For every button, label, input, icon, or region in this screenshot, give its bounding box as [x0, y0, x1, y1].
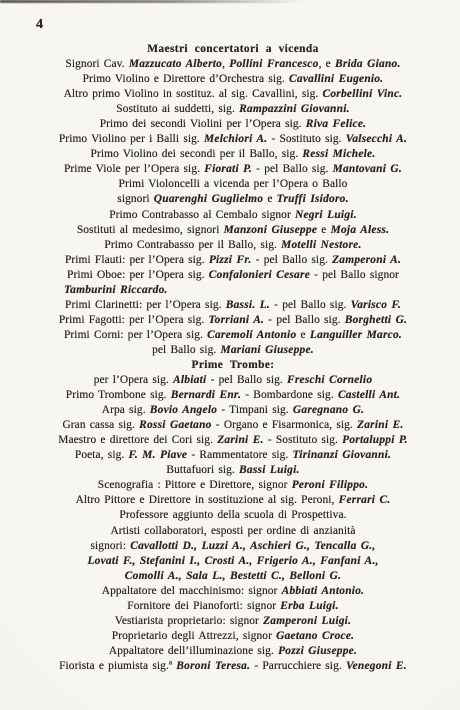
role-text: Prime Viole per l’Opera sig.: [64, 163, 204, 175]
role-text: Primo dei secondi Violini per l’Opera si…: [100, 118, 306, 130]
role-text: Primo Violino per i Balli sig.: [59, 133, 204, 145]
person-name: Zamperoni Luigi.: [263, 615, 351, 627]
person-name: Brida Giano.: [335, 58, 401, 70]
person-name: Rossi Gaetano: [139, 419, 212, 431]
person-name: Motelli Nestore.: [281, 239, 362, 251]
text-line: Primo Contrabasso per il Ballo, sig. Mot…: [24, 238, 442, 253]
role-text: Altro Pittore e Direttore in sostituzion…: [76, 494, 339, 506]
role-text: - pel Ballo sig.: [264, 314, 345, 326]
text-line: pel Ballo sig. Mariani Giuseppe.: [24, 343, 442, 358]
person-name: Zarini E.: [357, 419, 404, 431]
person-name: Comolli A., Sala L., Bestetti C., Bellon…: [125, 570, 341, 582]
person-name: Pizzi Fr.: [209, 254, 252, 266]
role-text: - pel Ballo sig.: [252, 254, 333, 266]
role-text: Primo Violino dei secondi per il Ballo, …: [91, 148, 303, 160]
text-line: Vestiarista proprietario: signor Zampero…: [24, 614, 442, 629]
role-text: Scenografia : Pittore e Direttore, signo…: [98, 479, 292, 491]
person-name: Ressi Michele.: [302, 148, 375, 160]
text-line: Scenografia : Pittore e Direttore, signo…: [24, 478, 442, 493]
role-text: Artisti collaboratori, esposti per ordin…: [110, 525, 355, 537]
text-line: Primo Trombone sig. Bernardi Enr. - Bomb…: [24, 388, 442, 403]
person-name: Albiati: [173, 374, 206, 386]
role-text: Primo Violino e Direttore d’Orchestra si…: [83, 73, 289, 85]
role-text: Sostituti al medesimo, signori: [77, 224, 224, 236]
role-text: Arpa sig.: [102, 404, 150, 416]
text-line: Fiorista e piumista sig.ª Boroni Teresa.…: [24, 659, 442, 674]
page-text: Maestri concertatori a vicendaSignori Ca…: [24, 42, 442, 674]
role-text: Primi Violoncelli a vicenda per l’Opera …: [119, 178, 348, 190]
role-text: - Sostituto sig.: [267, 133, 345, 145]
text-line: Maestro e direttore dei Cori sig. Zarini…: [24, 433, 442, 448]
role-text: - pel Ballo signor: [310, 269, 399, 281]
person-name: Gaetano Croce.: [276, 630, 354, 642]
role-text: Primi Corni: per l’Opera sig.: [64, 329, 207, 341]
person-name: Confalonieri Cesare: [209, 269, 310, 281]
role-text: - Organo e Fisarmonica, sig.: [212, 419, 357, 431]
person-name: Pozzi Giuseppe.: [278, 645, 357, 657]
person-name: Mantovani G.: [333, 163, 402, 175]
heading-text: Prime Trombe:: [191, 359, 274, 371]
text-line: signori Quarenghi Guglielmo e Truffi Isi…: [24, 192, 442, 207]
role-text: Signori Cav.: [65, 58, 128, 70]
role-text: Primi Fagotti: per l’Opera sig.: [59, 314, 209, 326]
text-line: Primi Flauti: per l’Opera sig. Pizzi Fr.…: [24, 253, 442, 268]
person-name: Tirinanzi Giovanni.: [293, 449, 392, 461]
person-name: Corbellini Vinc.: [323, 88, 403, 100]
role-text: Primo Contrabasso per il Ballo, sig.: [104, 239, 281, 251]
person-name: Rampazzini Giovanni.: [239, 103, 350, 115]
person-name: Truffi Isidoro.: [277, 193, 349, 205]
role-text: - pel Ballo sig.: [270, 299, 351, 311]
person-name: Garegnano G.: [293, 404, 364, 416]
text-line: Arpa sig. Bovio Angelo - Timpani sig. Ga…: [24, 403, 442, 418]
role-text: Vestiarista proprietario: signor: [115, 615, 263, 627]
role-text: Buttafuori sig.: [166, 464, 239, 476]
person-name: Pollini Francesco: [229, 58, 318, 70]
person-name: Torriani A.: [209, 314, 265, 326]
person-name: Erba Luigi.: [280, 600, 338, 612]
person-name: Zamperoni A.: [332, 254, 401, 266]
role-text: signori:: [90, 540, 130, 552]
scanned-book-page: 4 Maestri concertatori a vicendaSignori …: [0, 0, 460, 710]
role-text: - Rammentatore sig.: [187, 449, 292, 461]
text-line: Signori Cav. Mazzucato Alberto, Pollini …: [24, 57, 442, 72]
text-line: Lovati F., Stefanini I., Crosti A., Frig…: [24, 554, 442, 569]
text-line: Primi Clarinetti: per l’Opera sig. Bassi…: [24, 298, 442, 313]
role-text: Proprietario degli Attrezzi, signor: [112, 630, 276, 642]
text-line: Primi Corni: per l’Opera sig. Caremoli A…: [24, 328, 442, 343]
scan-edge-artifact: [0, 0, 305, 3]
text-line: Primo Violino e Direttore d’Orchestra si…: [24, 72, 442, 87]
text-line: per l’Opera sig. Albiati - pel Ballo sig…: [24, 373, 442, 388]
person-name: Bassi Luigi.: [239, 464, 300, 476]
role-text: Primi Oboe: per l’Opera sig.: [67, 269, 209, 281]
text-line: Prime Trombe:: [24, 358, 442, 373]
role-text: Altro primo Violino in sostituz. al sig.…: [64, 88, 323, 100]
role-text: , e: [319, 58, 335, 70]
person-name: Tamburini Riccardo.: [64, 284, 168, 296]
person-name: Caremoli Antonio: [207, 329, 296, 341]
role-text: Primi Clarinetti: per l’Opera sig.: [65, 299, 226, 311]
text-line: Altro Pittore e Direttore in sostituzion…: [24, 493, 442, 508]
person-name: Peroni Filippo.: [292, 479, 368, 491]
role-text: Poeta, sig.: [75, 449, 129, 461]
role-text: e: [317, 224, 330, 236]
person-name: Bassi. L.: [226, 299, 270, 311]
person-name: Riva Felice.: [306, 118, 367, 130]
text-line: Maestri concertatori a vicenda: [24, 42, 442, 57]
person-name: Venegoni E.: [346, 660, 407, 672]
text-line: signori: Cavallotti D., Luzzi A., Aschie…: [24, 539, 442, 554]
text-line: Primo Contrabasso al Cembalo signor Negr…: [24, 208, 442, 223]
role-text: - pel Ballo sig.: [252, 163, 333, 175]
text-line: Comolli A., Sala L., Bestetti C., Bellon…: [24, 569, 442, 584]
role-text: Primi Flauti: per l’Opera sig.: [65, 254, 209, 266]
person-name: Melchiori A.: [204, 133, 267, 145]
person-name: Languiller Marco.: [310, 329, 402, 341]
person-name: Cavallotti D., Luzzi A., Aschieri G., Te…: [130, 540, 375, 552]
text-line: Tamburini Riccardo.: [24, 283, 442, 298]
text-line: Primi Violoncelli a vicenda per l’Opera …: [24, 177, 442, 192]
text-line: Prime Viole per l’Opera sig. Fiorati P. …: [24, 162, 442, 177]
text-line: Primo dei secondi Violini per l’Opera si…: [24, 117, 442, 132]
role-text: Appaltatore del macchinismo: signor: [102, 585, 282, 597]
text-line: Professore aggiunto della scuola di Pros…: [24, 508, 442, 523]
text-line: Poeta, sig. F. M. Piave - Rammentatore s…: [24, 448, 442, 463]
role-text: - Parrucchiere sig.: [250, 660, 346, 672]
person-name: Borghetti G.: [345, 314, 407, 326]
person-name: Freschi Cornelio: [287, 374, 372, 386]
role-text: per l’Opera sig.: [94, 374, 173, 386]
person-name: Lovati F., Stefanini I., Crosti A., Frig…: [87, 555, 378, 567]
text-line: Fornitore dei Pianoforti: signor Erba Lu…: [24, 599, 442, 614]
person-name: Portaluppi P.: [342, 434, 408, 446]
heading-text: Maestri concertatori a vicenda: [147, 43, 318, 55]
person-name: F. M. Piave: [129, 449, 188, 461]
role-text: Fornitore dei Pianoforti: signor: [127, 600, 280, 612]
person-name: Bovio Angelo: [150, 404, 217, 416]
person-name: Moja Aless.: [331, 224, 390, 236]
person-name: Boroni Teresa.: [176, 660, 250, 672]
role-text: Fiorista e piumista sig.ª: [59, 660, 176, 672]
page-number: 4: [36, 17, 43, 33]
person-name: Valsecchi A.: [346, 133, 407, 145]
role-text: pel Ballo sig.: [152, 344, 220, 356]
person-name: Negri Luigi.: [295, 209, 357, 221]
text-line: Primi Fagotti: per l’Opera sig. Torriani…: [24, 313, 442, 328]
person-name: Mariani Giuseppe.: [220, 344, 313, 356]
role-text: - Sostituto sig.: [264, 434, 342, 446]
role-text: e: [296, 329, 309, 341]
text-line: Buttafuori sig. Bassi Luigi.: [24, 463, 442, 478]
person-name: Zarini E.: [217, 434, 264, 446]
person-name: Ferrari C.: [339, 494, 391, 506]
role-text: signori: [117, 193, 154, 205]
text-line: Primo Violino per i Balli sig. Melchiori…: [24, 132, 442, 147]
person-name: Cavallini Eugenio.: [289, 73, 383, 85]
role-text: Primo Contrabasso al Cembalo signor: [109, 209, 295, 221]
role-text: - Timpani sig.: [217, 404, 293, 416]
text-line: Gran cassa sig. Rossi Gaetano - Organo e…: [24, 418, 442, 433]
person-name: Fiorati P.: [204, 163, 252, 175]
text-line: Altro primo Violino in sostituz. al sig.…: [24, 87, 442, 102]
person-name: Mazzucato Alberto: [129, 58, 222, 70]
role-text: - Bombardone sig.: [241, 389, 338, 401]
person-name: Castelli Ant.: [338, 389, 400, 401]
text-line: Primo Violino dei secondi per il Ballo, …: [24, 147, 442, 162]
text-line: Sostituti al medesimo, signori Manzoni G…: [24, 223, 442, 238]
text-line: Appaltatore dell’illuminazione sig. Pozz…: [24, 644, 442, 659]
role-text: Professore aggiunto della scuola di Pros…: [119, 509, 346, 521]
person-name: Varisco F.: [351, 299, 401, 311]
person-name: Abbiati Antonio.: [282, 585, 365, 597]
person-name: Manzoni Giuseppe: [224, 224, 318, 236]
role-text: - pel Ballo sig.: [206, 374, 287, 386]
text-line: Appaltatore del macchinismo: signor Abbi…: [24, 584, 442, 599]
role-text: e: [263, 193, 276, 205]
role-text: Appaltatore dell’illuminazione sig.: [109, 645, 278, 657]
role-text: Gran cassa sig.: [62, 419, 139, 431]
text-line: Artisti collaboratori, esposti per ordin…: [24, 524, 442, 539]
text-line: Sostituto ai suddetti, sig. Rampazzini G…: [24, 102, 442, 117]
person-name: Quarenghi Guglielmo: [154, 193, 263, 205]
role-text: Maestro e direttore dei Cori sig.: [58, 434, 217, 446]
text-line: Primi Oboe: per l’Opera sig. Confalonier…: [24, 268, 442, 283]
text-line: Proprietario degli Attrezzi, signor Gaet…: [24, 629, 442, 644]
person-name: Bernardi Enr.: [171, 389, 241, 401]
role-text: Primo Trombone sig.: [66, 389, 171, 401]
role-text: Sostituto ai suddetti, sig.: [116, 103, 239, 115]
